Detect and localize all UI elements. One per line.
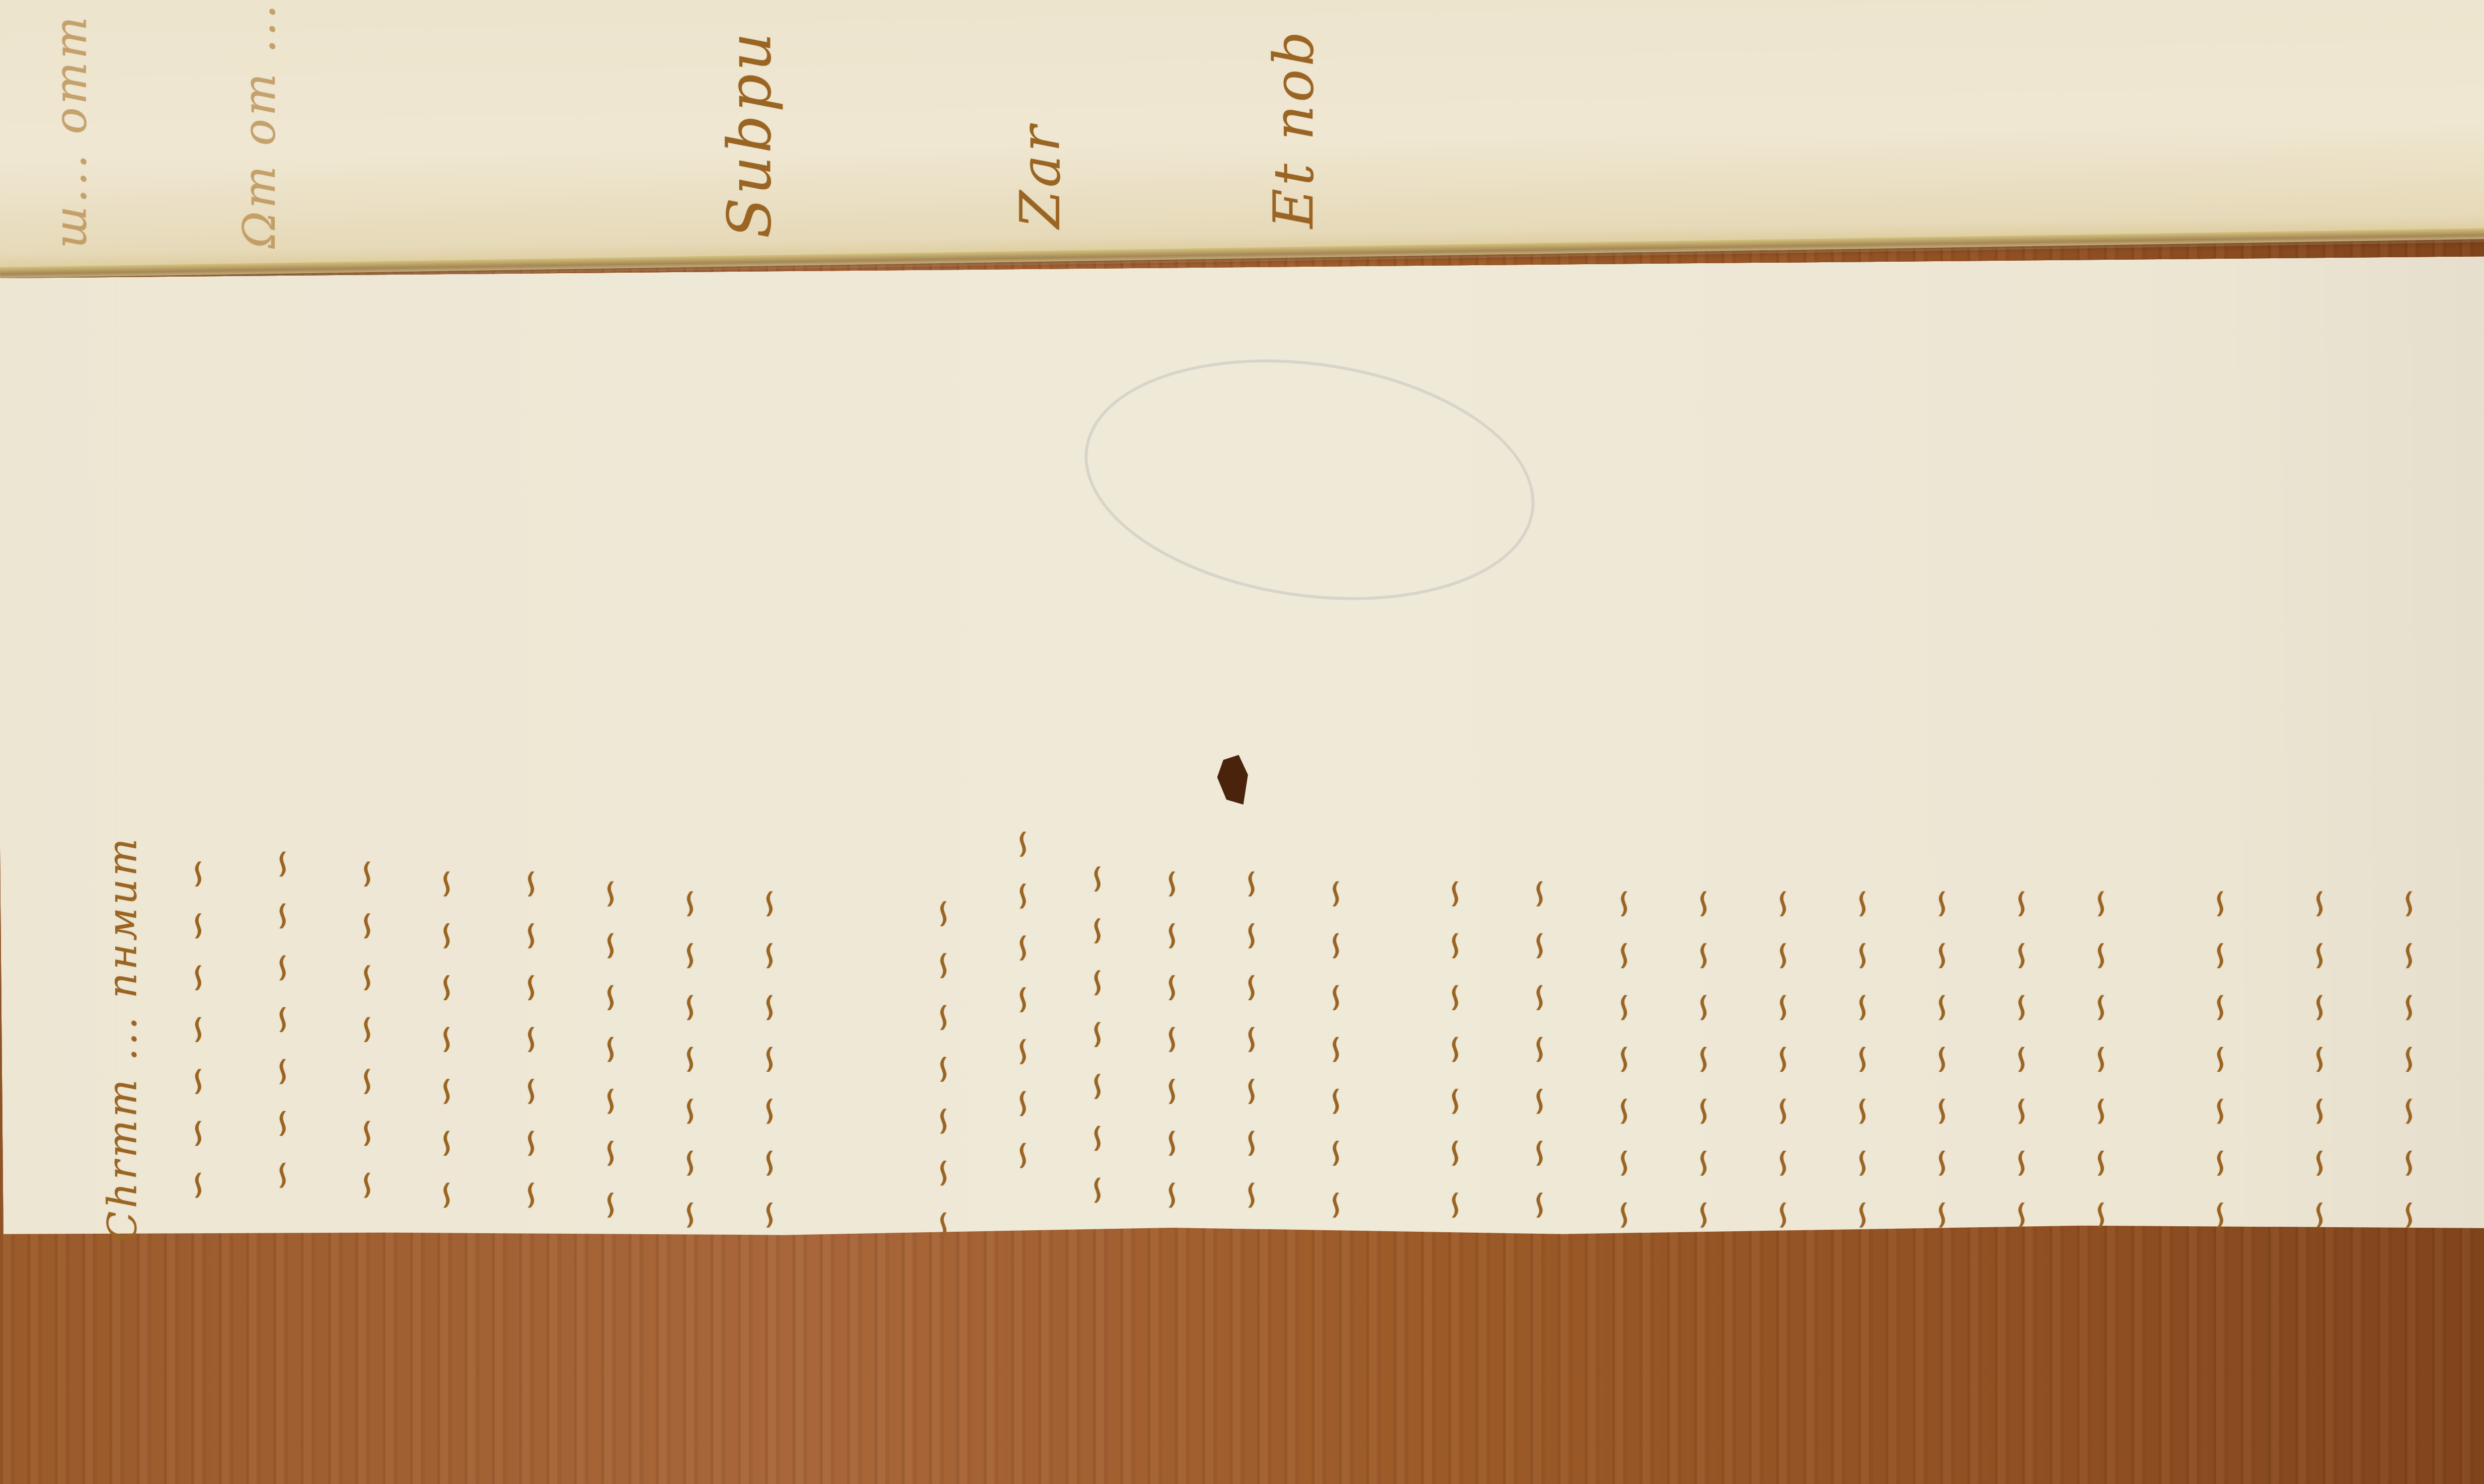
text-line: ∽ ∽ ∽ ∽ ∽ ∽ ∽: [1918, 308, 1964, 1232]
text-line: ∽ ∽ ∽ ∽ ∽ ∽ ∽: [1148, 313, 1194, 1212]
upper-heading: Et nob: [1262, 70, 1325, 228]
text-line: ∽ ∽ ∽ ∽ ∽ ∽ ∽: [1679, 318, 1725, 1232]
text-line: ∽ ∽ ∽ ∽ ∽ ∽ ∽: [2385, 318, 2431, 1232]
text-line: ∽ ∽ ∽ ∽ ∽ ∽ ∽: [174, 348, 220, 1202]
text-line: ∽ ∽ ∽ ∽ ∽ ∽ ∽: [919, 348, 965, 1242]
text-line: ∽ ∽ ∽ ∽ ∽ ∽ ∽: [2077, 318, 2123, 1232]
upper-text-column: ш... отт ...: [45, 10, 97, 248]
text-line: ∽ ∽ ∽ ∽ ∽ ∽ ∽: [745, 377, 791, 1232]
text-line: ∽ ∽ ∽ ∽ ∽ ∽ ∽: [1073, 323, 1119, 1207]
text-line: ∽ ∽ ∽ ∽ ∽ ∽ ∽: [258, 318, 305, 1192]
text-line: ∽ ∽ ∽ ∽ ∽ ∽ ∽: [1431, 318, 1477, 1222]
manuscript-photo: ш... отт ... Ωm om ... Subpu Zar Et nob …: [0, 0, 2484, 1484]
text-line: ∽ ∽ ∽ ∽ ∽ ∽ ∽: [586, 348, 632, 1222]
text-line: Chrmm ... пнмит: [99, 308, 146, 1242]
text-line: ∽ ∽ ∽ ∽ ∽ ∽ ∽: [343, 358, 389, 1202]
text-line: ∽ ∽ ∽ ∽ ∽ ∽ ∽: [1838, 308, 1884, 1232]
text-line: ∽ ∽ ∽ ∽ ∽ ∽ ∽: [1227, 323, 1273, 1212]
upper-heading: Zar: [1009, 129, 1072, 228]
upper-heading: Subpu: [715, 70, 784, 238]
text-line: ∽ ∽ ∽ ∽ ∽ ∽ ∽: [1600, 318, 1646, 1232]
text-line: ∽ ∽ ∽ ∽ ∽ ∽ ∽: [1312, 348, 1358, 1222]
text-line: ∽ ∽ ∽ ∽ ∽ ∽ ∽: [1759, 313, 1805, 1232]
text-line: ∽ ∽ ∽ ∽ ∽ ∽ ∽: [2295, 328, 2341, 1232]
text-line: ∽ ∽ ∽ ∽ ∽ ∽ ∽: [422, 318, 468, 1212]
text-line: ∽ ∽ ∽ ∽ ∽ ∽ ∽: [1515, 308, 1561, 1222]
text-line: ∽ ∽ ∽ ∽ ∽ ∽ ∽: [2196, 387, 2242, 1232]
text-line: ∽ ∽ ∽ ∽ ∽ ∽ ∽: [507, 328, 553, 1212]
text-line: ∽ ∽ ∽ ∽ ∽ ∽ ∽: [666, 387, 712, 1232]
text-line: ∽ ∽ ∽ ∽ ∽ ∽ ∽: [999, 377, 1045, 1172]
upper-text-column: Ωm om ...: [233, 10, 286, 248]
text-line: ∽ ∽ ∽ ∽ ∽ ∽ ∽: [1997, 308, 2043, 1232]
